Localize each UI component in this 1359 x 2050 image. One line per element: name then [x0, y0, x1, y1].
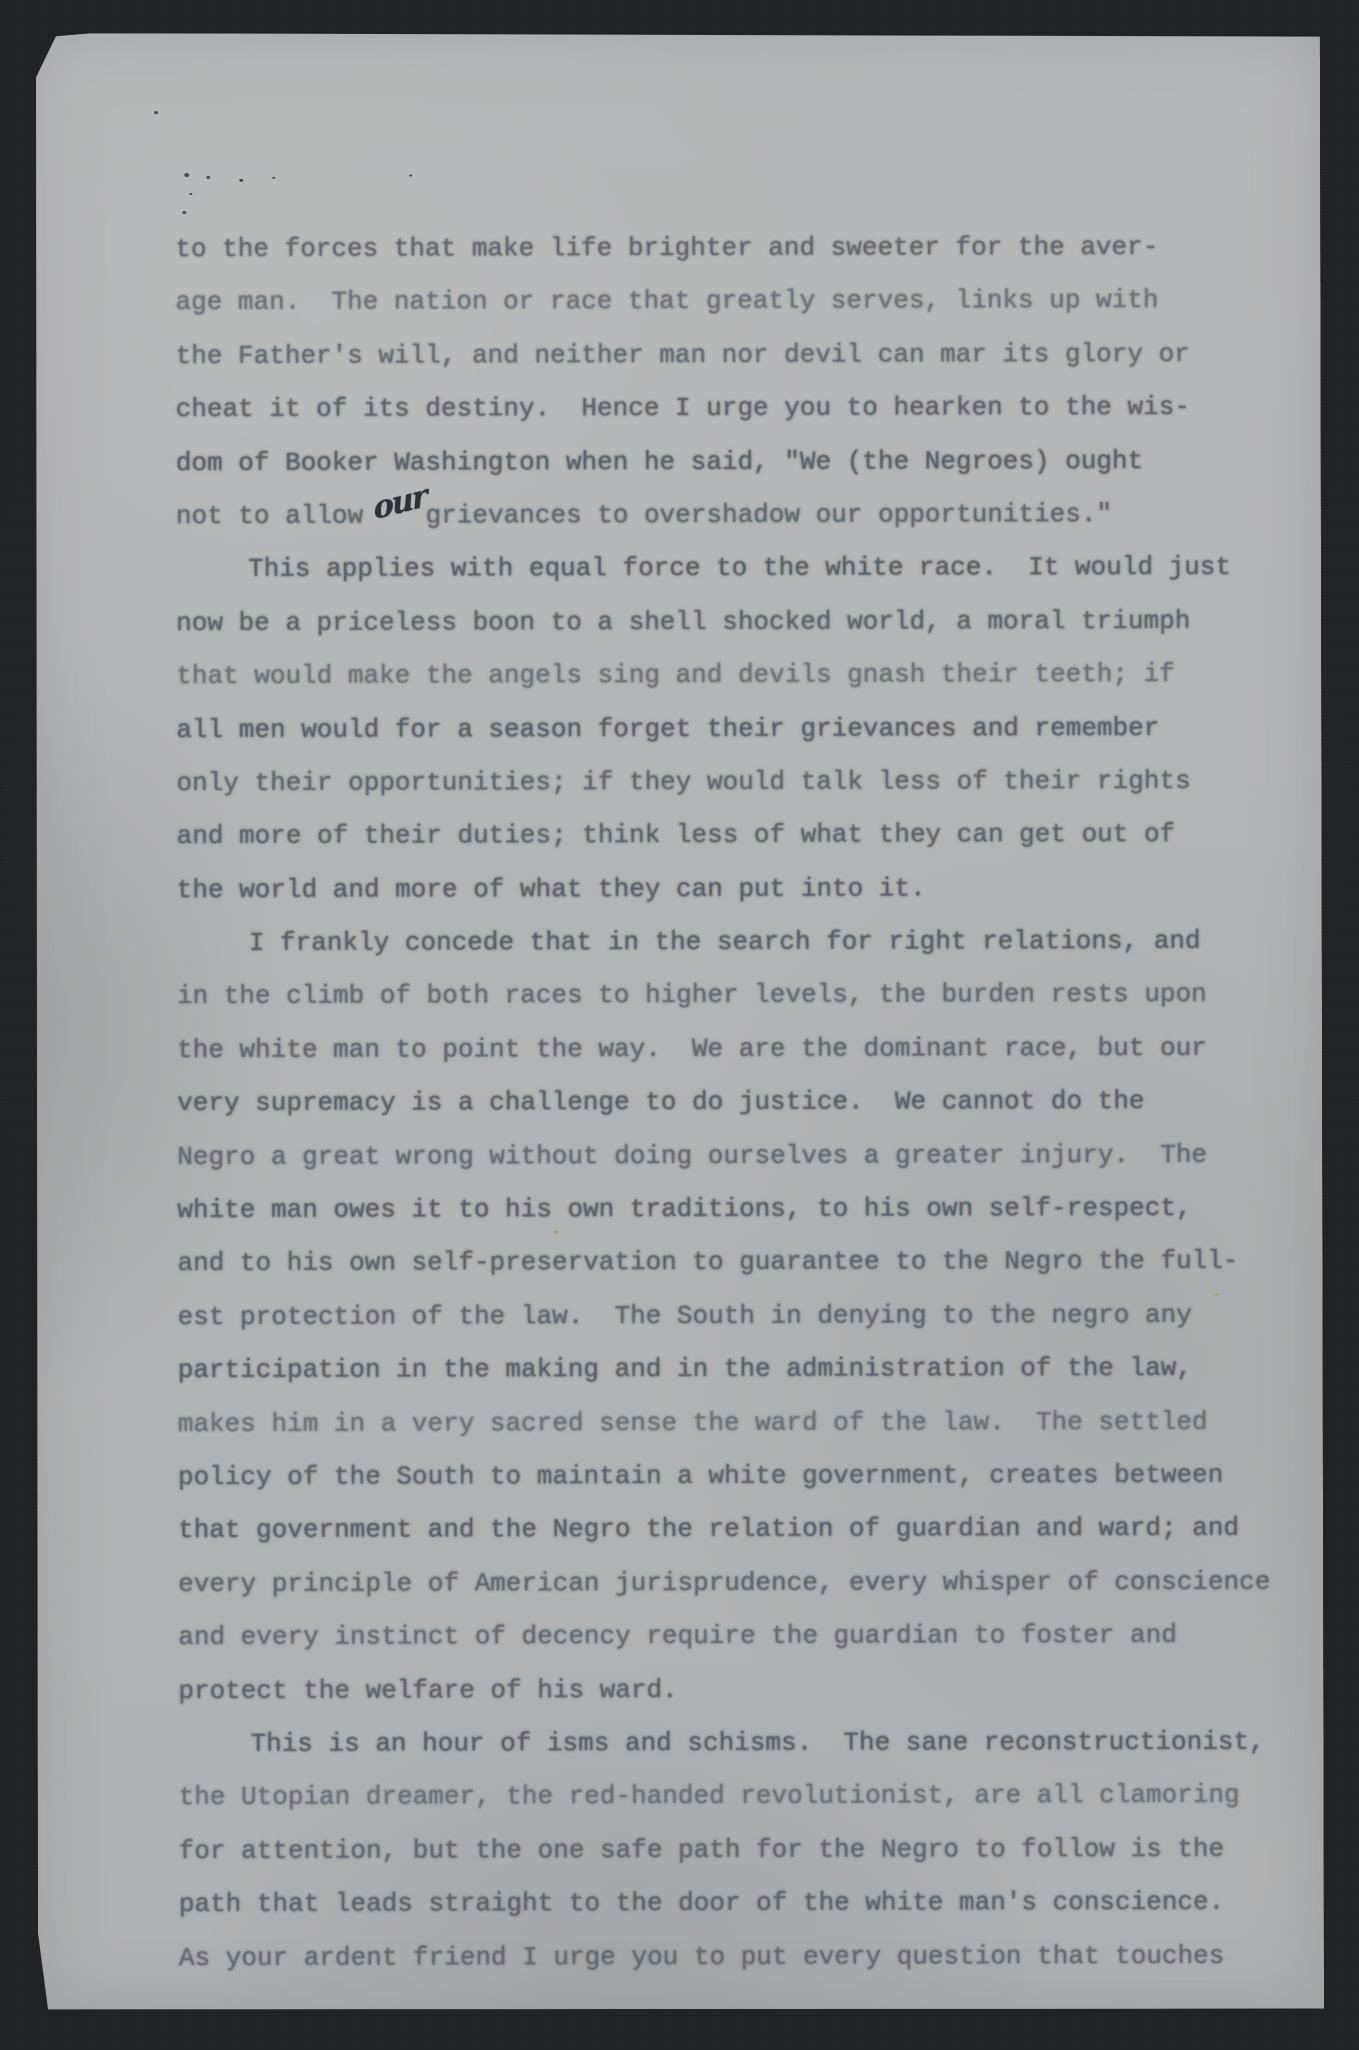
text-line: only their opportunities; if they would … — [176, 755, 1311, 811]
ink-speck — [239, 179, 243, 182]
ink-speck — [189, 193, 192, 195]
ink-speck — [272, 177, 275, 179]
text-line: and more of their duties; think less of … — [177, 808, 1312, 864]
text-line: the white man to point the way. We are t… — [177, 1022, 1312, 1078]
scan-background: to the forces that make life brighter an… — [0, 0, 1359, 2050]
text-line: policy of the South to maintain a white … — [178, 1449, 1313, 1505]
text-line: the Utopian dreamer, the red-handed revo… — [179, 1769, 1314, 1825]
text-line: participation in the making and in the a… — [178, 1342, 1313, 1398]
text-line: very supremacy is a challenge to do just… — [177, 1075, 1312, 1131]
text-line: This is an hour of isms and schisms. The… — [178, 1716, 1313, 1772]
ink-speck — [206, 176, 210, 179]
text-line: dom of Booker Washington when he said, "… — [176, 434, 1311, 490]
text-line: all men would for a season forget their … — [176, 701, 1311, 757]
ink-speck — [182, 211, 186, 214]
paper-fleck — [1215, 1293, 1219, 1296]
typed-text: to the forces that make life brighter an… — [175, 221, 1314, 1985]
text-line: for attention, but the one safe path for… — [179, 1822, 1314, 1878]
ink-speck — [409, 175, 412, 177]
text-line: every principle of American jurisprudenc… — [178, 1555, 1313, 1611]
text-line: This applies with equal force to the whi… — [176, 541, 1311, 597]
text-line: and every instinct of decency require th… — [178, 1609, 1313, 1665]
text-line: As your ardent friend I urge you to put … — [179, 1929, 1314, 1985]
text-line: makes him in a very sacred sense the war… — [178, 1395, 1313, 1451]
text-line: I frankly concede that in the search for… — [177, 915, 1312, 971]
text-line: and to his own self-preservation to guar… — [177, 1235, 1312, 1291]
ink-speck — [184, 173, 189, 177]
text-line: that government and the Negro the relati… — [178, 1502, 1313, 1558]
paper-fleck — [553, 1230, 558, 1234]
text-line: protect the welfare of his ward. — [178, 1662, 1313, 1718]
text-line: that would make the angels sing and devi… — [176, 648, 1311, 704]
text-line: in the climb of both races to higher lev… — [177, 968, 1312, 1024]
text-line: not to allow grievances to overshadow ou… — [176, 488, 1311, 544]
text-line: white man owes it to his own traditions,… — [177, 1182, 1312, 1238]
text-line: now be a priceless boon to a shell shock… — [176, 594, 1311, 650]
document-page: to the forces that make life brighter an… — [34, 31, 1324, 2012]
text-line: the world and more of what they can put … — [177, 861, 1312, 917]
text-line: est protection of the law. The South in … — [178, 1288, 1313, 1344]
text-line: cheat it of its destiny. Hence I urge yo… — [176, 381, 1311, 437]
ink-speck — [154, 111, 158, 114]
text-line: to the forces that make life brighter an… — [175, 221, 1310, 277]
text-line: path that leads straight to the door of … — [179, 1876, 1314, 1932]
text-line: Negro a great wrong without doing oursel… — [177, 1128, 1312, 1184]
text-line: the Father's will, and neither man nor d… — [176, 327, 1311, 383]
text-line: age man. The nation or race that greatly… — [175, 274, 1310, 330]
